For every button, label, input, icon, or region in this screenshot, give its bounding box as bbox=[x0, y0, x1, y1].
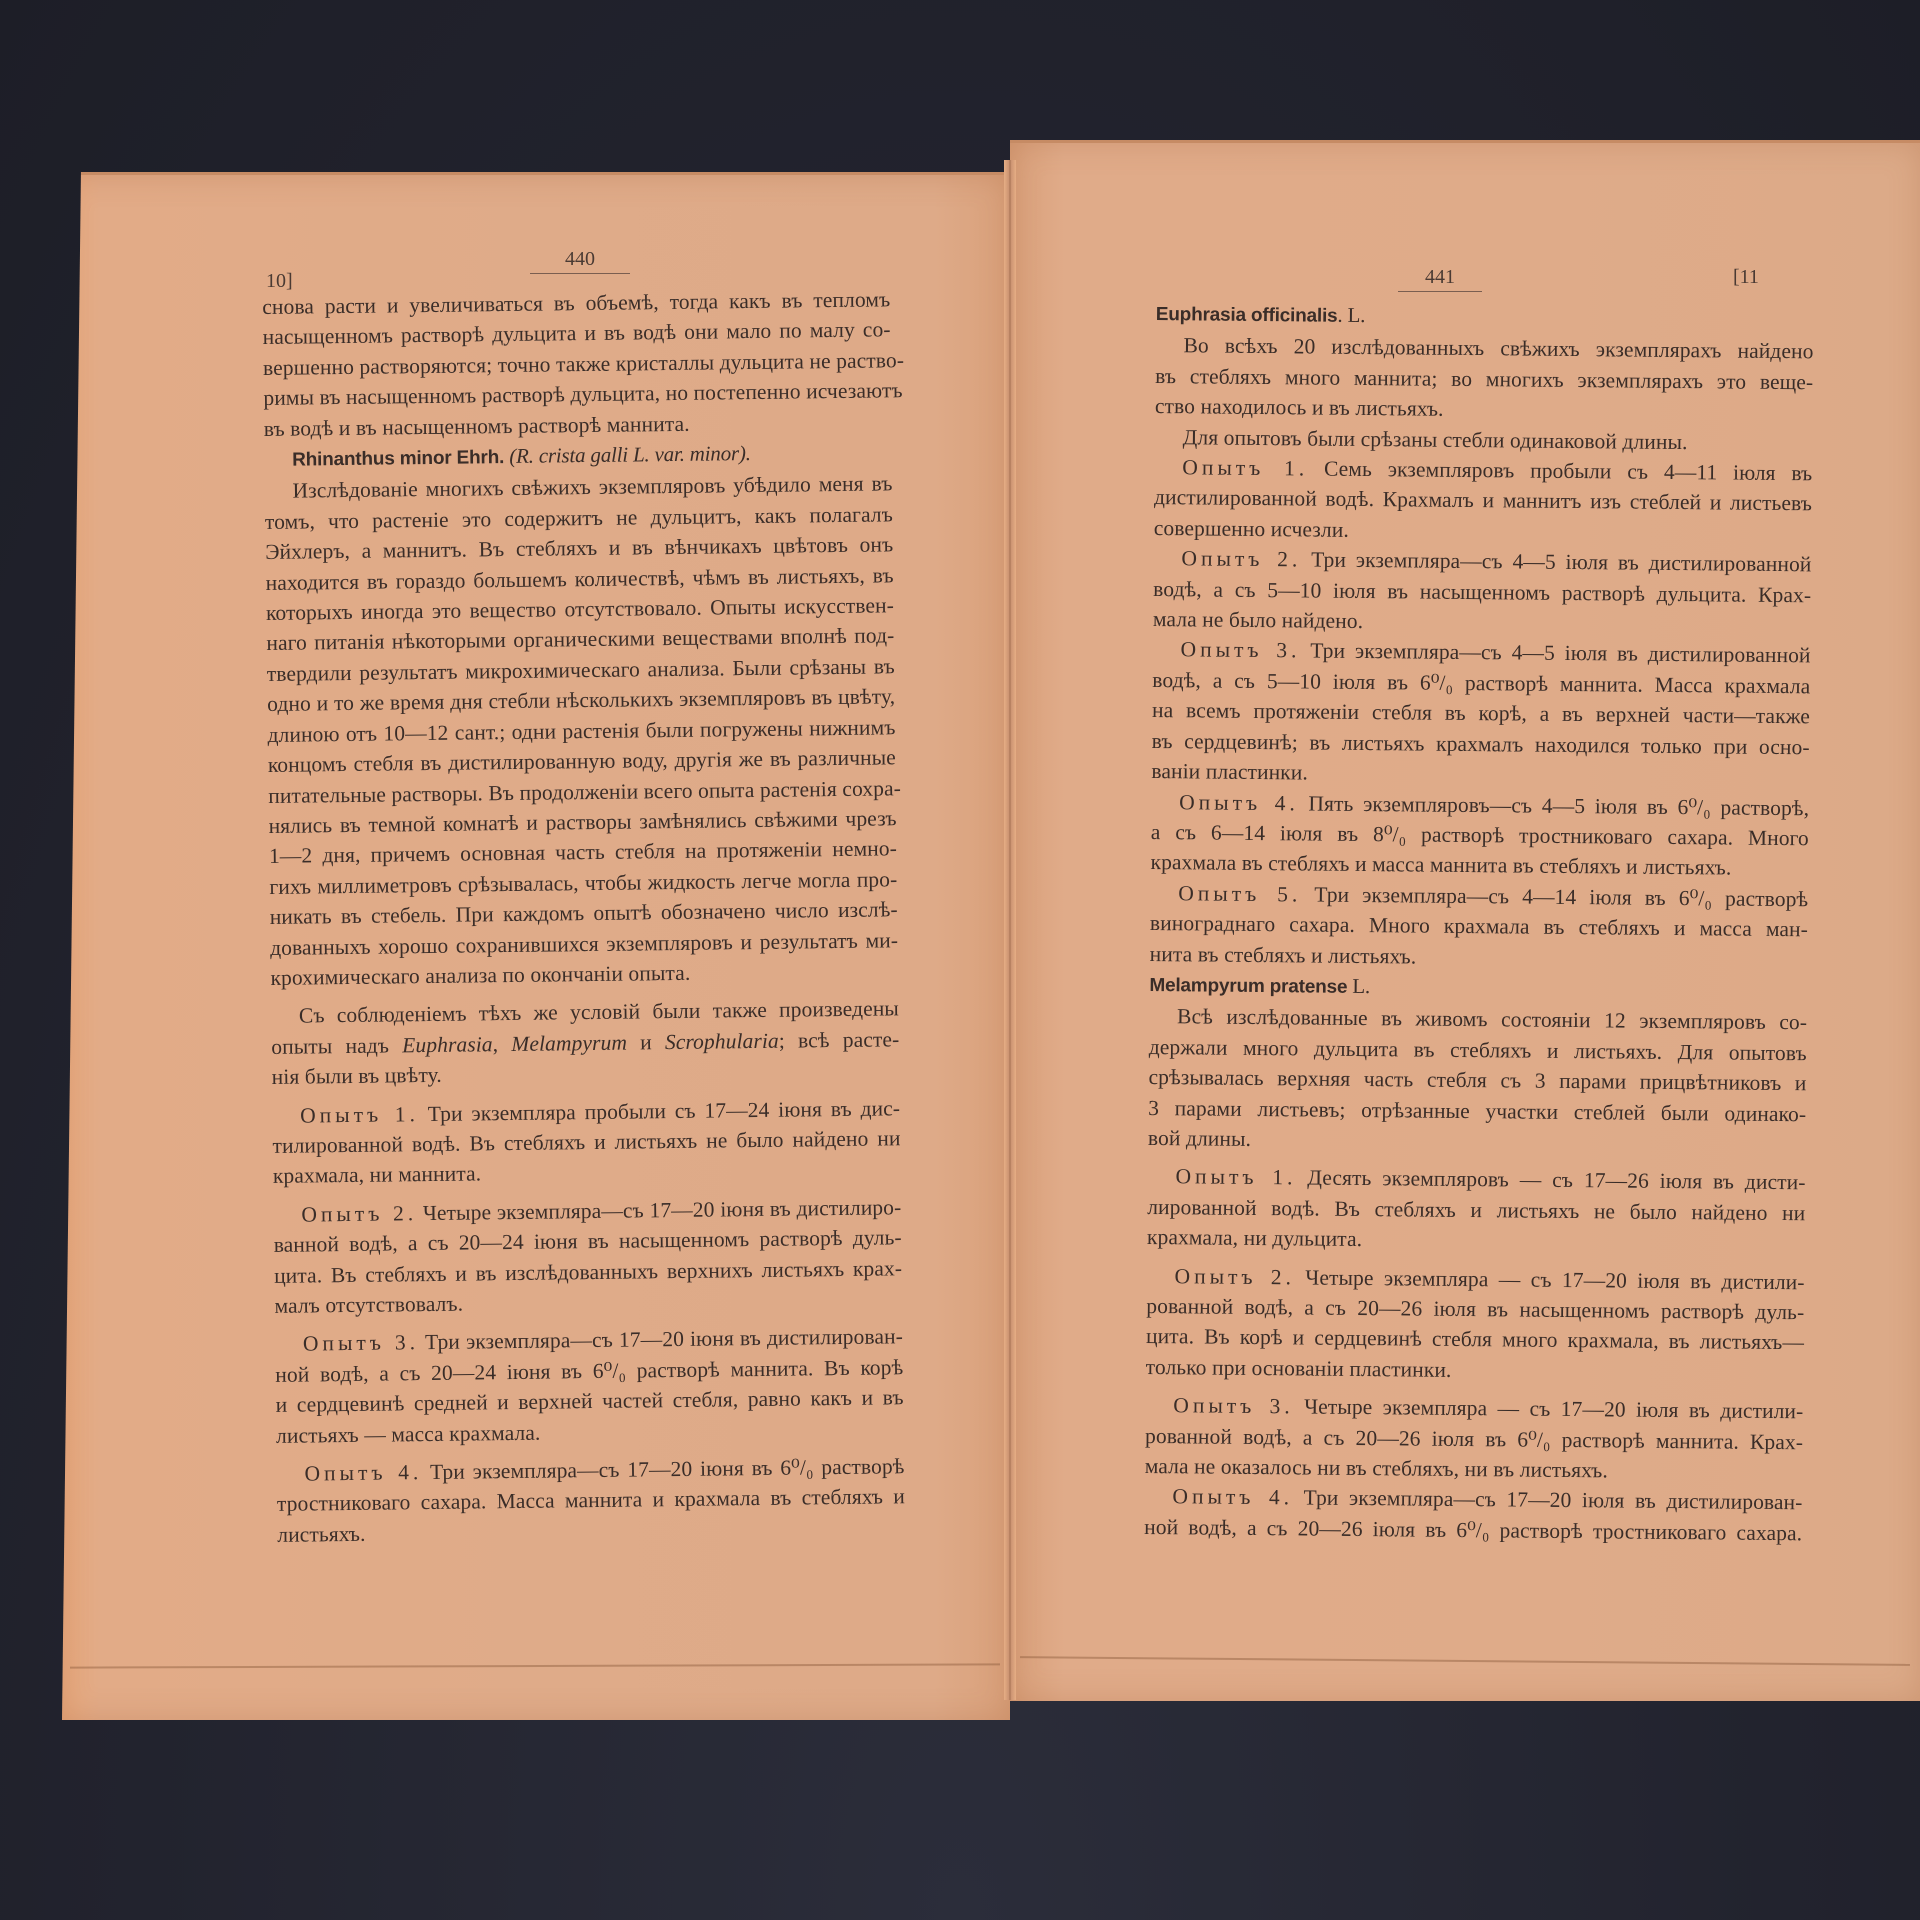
genus-melampyrum: Melampyrum bbox=[511, 1030, 627, 1055]
page-number-rule bbox=[1398, 291, 1482, 292]
species-author: Ehrh. bbox=[456, 447, 504, 469]
species-author: . L. bbox=[1337, 303, 1365, 327]
experiment-label: Опытъ 3. bbox=[303, 1331, 419, 1356]
text-fragment: ; всѣ расте- bbox=[779, 1027, 900, 1052]
text-line: ной водѣ, а съ 20—26 іюля въ 6⁰/₀ раство… bbox=[1144, 1512, 1802, 1549]
text-fragment: и bbox=[627, 1030, 665, 1054]
experiment-label: Опытъ 1. bbox=[300, 1102, 419, 1127]
experiment-label: Опытъ 1. bbox=[1175, 1165, 1296, 1190]
experiment-label: Опытъ 1. bbox=[1182, 455, 1308, 480]
text-fragment: Три экземпляра пробыли съ 17—24 іюня въ … bbox=[428, 1096, 901, 1126]
experiment-label: Опытъ 4. bbox=[1172, 1485, 1293, 1510]
species-name: Melampyrum pratense bbox=[1149, 975, 1347, 998]
right-page-number-text: 441 bbox=[1425, 266, 1455, 288]
text-fragment: Четыре экземпляра—съ 17—20 іюня въ дисти… bbox=[423, 1195, 902, 1225]
book-spine bbox=[1004, 160, 1016, 1700]
left-page-number: 440 bbox=[530, 248, 630, 274]
text-fragment: Три экземпляра—съ 4—5 іюля въ дистилиров… bbox=[1311, 548, 1812, 577]
species-author: L. bbox=[1347, 974, 1370, 998]
species-name: Rhinanthus minor bbox=[292, 448, 452, 471]
text-fragment: Три экземпляра—съ 17—20 іюля въ дистилир… bbox=[1303, 1486, 1802, 1515]
text-fragment: Семь экземпляровъ пробыли съ 4—11 іюля в… bbox=[1324, 457, 1813, 486]
species-synonym: (R. crista galli L. var. minor). bbox=[509, 441, 751, 468]
left-page-text: снова расти и увеличиваться въ объемѣ, т… bbox=[262, 276, 905, 1550]
species-name: Euphrasia officinalis bbox=[1156, 304, 1338, 327]
text-fragment: Четыре экземпляра — съ 17—20 іюля въ дис… bbox=[1304, 1395, 1803, 1424]
experiment-label: Опытъ 3. bbox=[1181, 638, 1301, 663]
genus-scrophularia: Scrophularia bbox=[665, 1028, 779, 1053]
text-fragment: Три экземпляра—съ 17—20 іюня въ 6⁰/₀ рас… bbox=[430, 1454, 905, 1484]
right-page-text: Euphrasia officinalis. L. Во всѣхъ 20 из… bbox=[1144, 298, 1814, 1549]
text-fragment: Три экземпляра—съ 4—14 іюля въ 6⁰/₀ раст… bbox=[1314, 882, 1808, 911]
experiment-label: Опытъ 2. bbox=[1181, 547, 1301, 572]
page-number-rule bbox=[530, 273, 630, 274]
text-fragment: Пять экземпляровъ—съ 4—5 іюля въ 6⁰/₀ ра… bbox=[1308, 791, 1809, 820]
text-line: крахмала, ни дульцита. bbox=[1147, 1222, 1805, 1259]
experiment-label: Опытъ 2. bbox=[301, 1201, 417, 1226]
left-page-number-text: 440 bbox=[565, 248, 595, 270]
open-book: 10] 440 441 [11 снова расти и увеличиват… bbox=[0, 0, 1920, 1920]
text-fragment: опыты надъ bbox=[271, 1033, 402, 1059]
text-fragment: Три экземпляра—съ 4—5 іюля въ дистилиров… bbox=[1310, 639, 1811, 668]
text-fragment: Три экземпляра—съ 17—20 іюня въ дистилир… bbox=[425, 1325, 903, 1355]
text-fragment: Десять экземпляровъ — съ 17—26 іюля въ д… bbox=[1307, 1166, 1805, 1195]
experiment-label: Опытъ 5. bbox=[1178, 881, 1301, 906]
genus-euphrasia: Euphrasia bbox=[402, 1032, 493, 1057]
right-corner-page-number: [11 bbox=[1733, 266, 1759, 289]
experiment-label: Опытъ 3. bbox=[1173, 1393, 1294, 1418]
text-fragment: Четыре экземпляра — съ 17—20 іюля въ дис… bbox=[1305, 1265, 1804, 1294]
experiment-label: Опытъ 4. bbox=[304, 1460, 422, 1485]
experiment-label: Опытъ 4. bbox=[1179, 790, 1299, 815]
experiment-label: Опытъ 2. bbox=[1174, 1264, 1295, 1289]
right-page-number: 441 bbox=[1398, 266, 1482, 292]
